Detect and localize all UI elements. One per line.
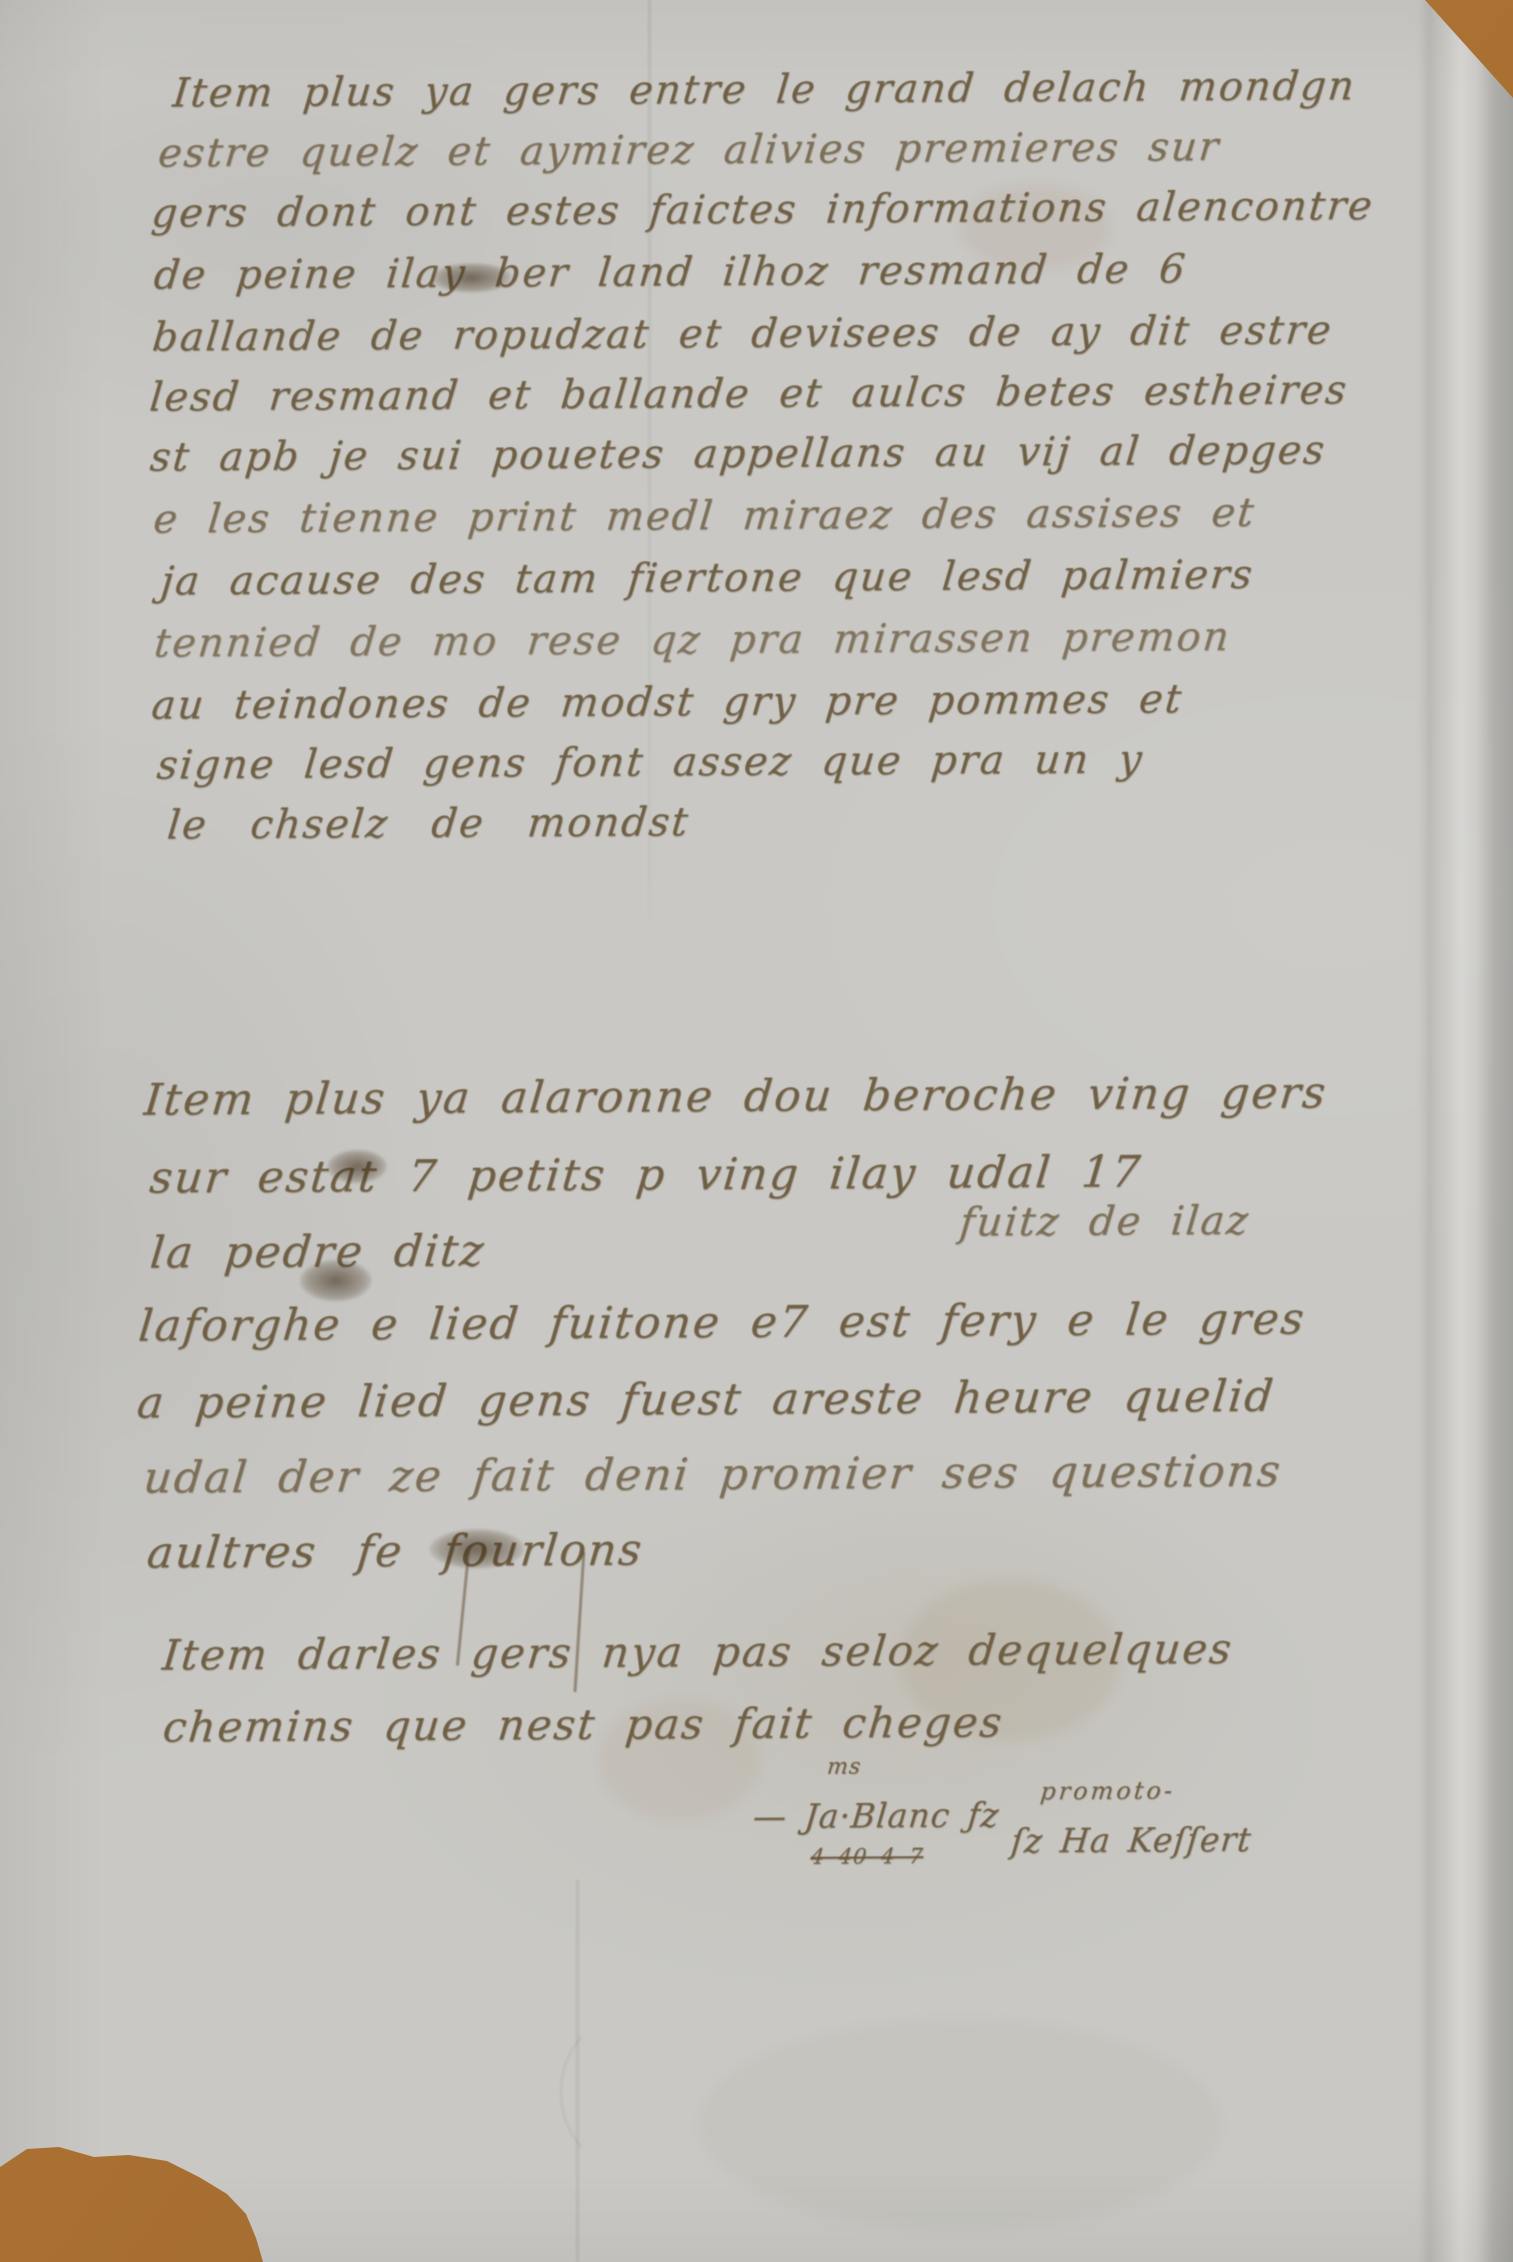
manuscript-line: Item plus ya alaronne dou beroche ving g… bbox=[142, 1068, 1330, 1126]
manuscript-line: ballande de ropudzat et devisees de ay d… bbox=[150, 308, 1335, 361]
manuscript-line: chemins que nest pas fait cheges bbox=[161, 1698, 1006, 1752]
manuscript-line: de peine ilay ber land ilhoz resmand de … bbox=[152, 246, 1189, 298]
manuscript-line: laforghe e lied fuitone e7 est fery e le… bbox=[136, 1294, 1308, 1352]
signature-title: promoto- bbox=[1039, 1777, 1176, 1806]
manuscript-line: Item darles gers nya pas seloz dequelque… bbox=[160, 1624, 1235, 1680]
ink-blot bbox=[327, 1149, 387, 1183]
manuscript-photo: Item plus ya gers entre le grand delach … bbox=[0, 0, 1513, 2262]
manuscript-line: udal der ze fait deni promier ses questi… bbox=[141, 1446, 1284, 1504]
signature-superscript: ms bbox=[826, 1754, 863, 1779]
signature-left-paraph: 4 40 4 7 bbox=[809, 1844, 924, 1869]
manuscript-line: gers dont ont estes faictes informations… bbox=[149, 183, 1376, 236]
manuscript-line: le chselz de mondst bbox=[165, 799, 692, 848]
manuscript-line: aultres fe fourlons bbox=[145, 1525, 646, 1579]
paper-sheet: Item plus ya gers entre le grand delach … bbox=[0, 0, 1513, 2262]
manuscript-line: Item plus ya gers entre le grand delach … bbox=[171, 63, 1358, 116]
manuscript-line: au teindones de modst gry pre pommes et bbox=[149, 676, 1185, 728]
right-edge-fold bbox=[1418, 0, 1513, 2262]
handwriting-layer: Item plus ya gers entre le grand delach … bbox=[0, 0, 1513, 2262]
manuscript-line: fuitz de ilaz bbox=[958, 1198, 1252, 1246]
signature-left: — Ja·Blanc ƒz bbox=[751, 1796, 1001, 1837]
signature-right: ſz Ha Keſſert bbox=[1009, 1820, 1253, 1860]
manuscript-line: st apb je sui pouetes appellans au vij a… bbox=[148, 428, 1328, 481]
manuscript-line: signe lesd gens font assez que pra un y bbox=[155, 737, 1146, 789]
manuscript-line: estre quelz et aymirez alivies premieres… bbox=[156, 124, 1222, 177]
manuscript-line: lesd resmand et ballande et aulcs betes … bbox=[148, 367, 1351, 420]
manuscript-line: ja acause des tam fiertone que lesd palm… bbox=[159, 552, 1256, 605]
manuscript-line: tennied de mo rese qz pra mirassen premo… bbox=[152, 614, 1233, 667]
ink-blot bbox=[300, 1259, 372, 1301]
manuscript-line: a peine lied gens fuest areste heure que… bbox=[135, 1371, 1277, 1429]
manuscript-line: sur estat 7 petits p ving ilay udal 17 bbox=[147, 1147, 1144, 1204]
manuscript-line: e les tienne print medl miraez des assis… bbox=[151, 490, 1257, 543]
